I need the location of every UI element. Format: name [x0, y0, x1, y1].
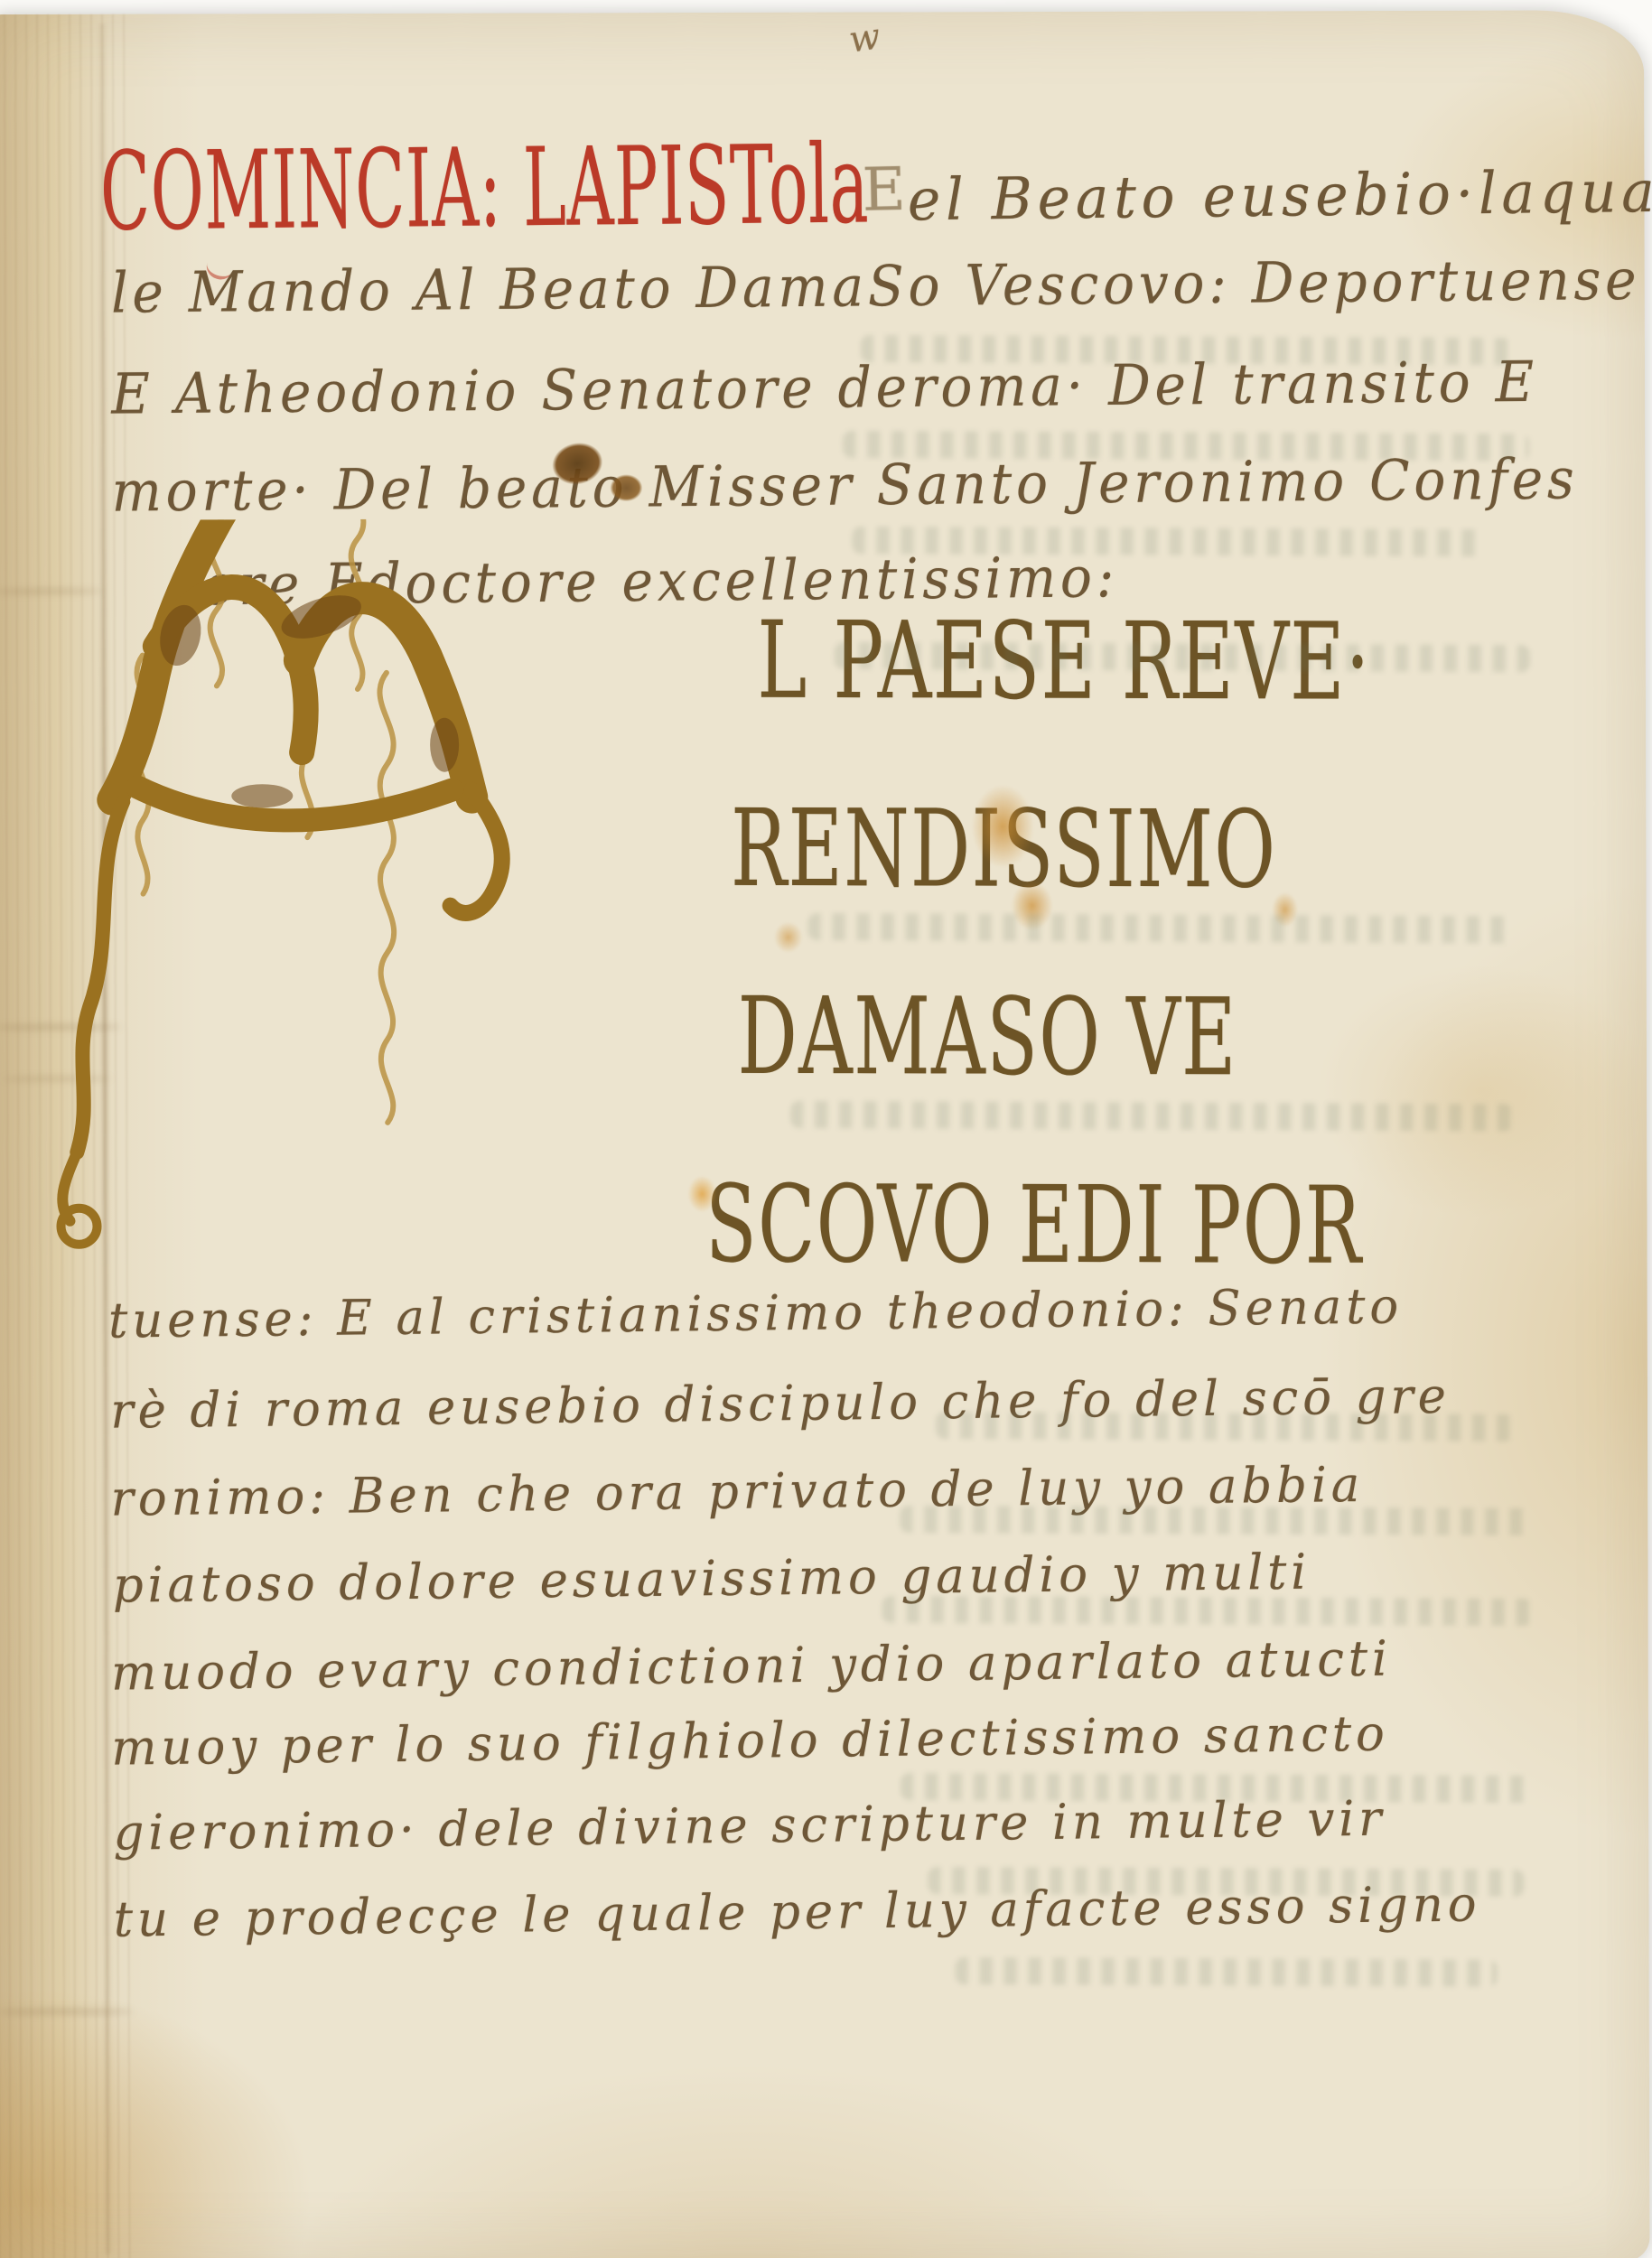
- illuminated-initial-A: [35, 518, 615, 1297]
- showthrough-line: [936, 1412, 1514, 1442]
- showthrough-line: [835, 642, 1530, 672]
- showthrough-line: [901, 1773, 1533, 1803]
- showthrough-line: [861, 335, 1511, 365]
- display-line: DAMASO VE: [737, 974, 1237, 1099]
- showthrough-line: [852, 527, 1484, 556]
- stain: [959, 769, 1046, 884]
- stain: [769, 916, 808, 959]
- showthrough-line: [790, 1101, 1513, 1131]
- manuscript-photo: w COMINCIA: LAPISTola E el Beato eusebio…: [0, 0, 1652, 2258]
- rubric-incipit: COMINCIA: LAPISTola: [99, 123, 869, 256]
- showthrough-line: [808, 913, 1513, 943]
- rubric-continuation: el Beato eusebio·laqua: [907, 159, 1652, 234]
- body-line: muodo evary condictioni ydio aparlato at…: [111, 1630, 1392, 1702]
- rubric-guide-letter: E: [862, 154, 907, 225]
- parchment-page: w COMINCIA: LAPISTola E el Beato eusebio…: [0, 10, 1650, 2258]
- ink-blot: [604, 470, 648, 506]
- stain: [682, 1169, 722, 1219]
- display-line: SCOVO EDI POR: [705, 1162, 1363, 1288]
- heading-line: le Mando Al Beato DamaSo Vescovo: Deport…: [111, 247, 1641, 326]
- body-line: muoy per lo suo filghiolo dilectissimo s…: [111, 1705, 1389, 1777]
- showthrough-line: [900, 1506, 1532, 1535]
- showthrough-line: [882, 1596, 1533, 1626]
- showthrough-line: [843, 431, 1529, 461]
- corner-pen-mark: w: [846, 15, 882, 61]
- showthrough-line: [956, 1957, 1498, 1987]
- showthrough-line: [928, 1867, 1524, 1897]
